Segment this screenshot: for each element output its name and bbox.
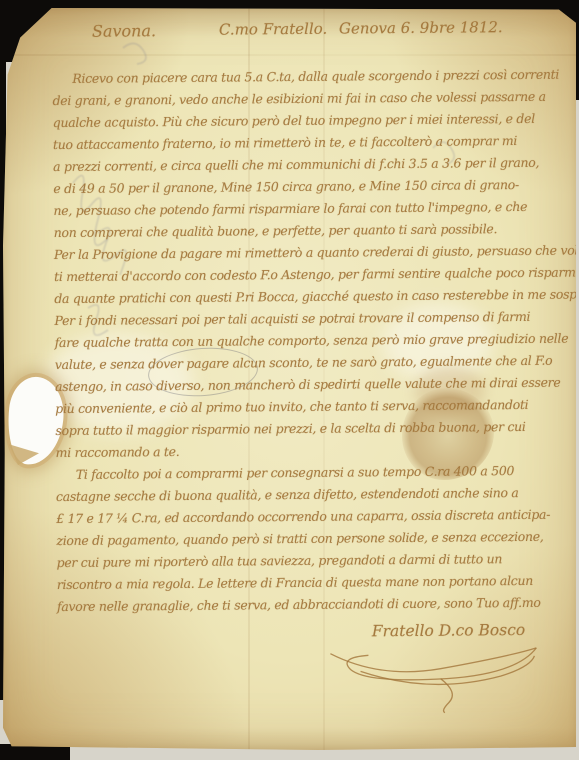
place-name: Savona. [92,21,156,41]
letter-content: Savona. C.mo Fratello. Genova 6. 9bre 18… [0,6,579,753]
letter-header: Savona. C.mo Fratello. Genova 6. 9bre 18… [0,18,573,57]
letter-line: sopra tutto il maggior risparmio nei pre… [55,416,545,442]
letter-paper: Savona. C.mo Fratello. Genova 6. 9bre 18… [3,8,576,750]
scanned-letter-photo: Savona. C.mo Fratello. Genova 6. 9bre 18… [0,0,579,760]
signature-flourish [320,634,551,716]
letter-line: favore nelle granaglie, che ti serva, ed… [57,592,547,618]
salutation: C.mo Fratello. [219,20,327,39]
dateline: Genova 6. 9bre 1812. [339,18,503,37]
letter-body: Ricevo con piacere cara tua 5.a C.ta, da… [52,64,547,618]
